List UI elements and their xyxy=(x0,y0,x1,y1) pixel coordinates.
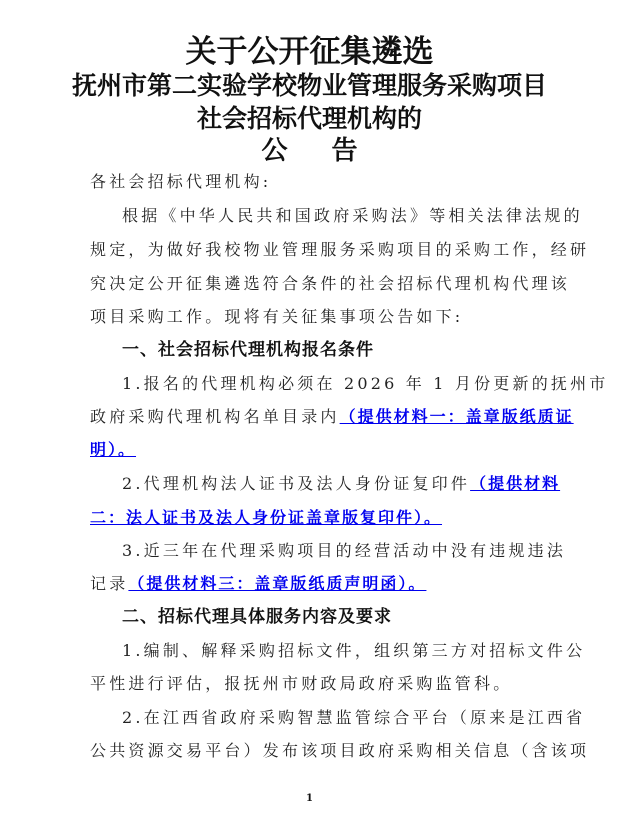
s1-item1-line1: 1.报名的代理机构必须在 2026 年 1 月份更新的抚州市 xyxy=(122,374,533,394)
s1-item2-line2: 二：法人证书及法人身份证盖章版复印件）。 xyxy=(90,508,533,528)
title-notice-char-2: 告 xyxy=(332,135,358,167)
material-2-link-cont[interactable]: 二：法人证书及法人身份证盖章版复印件）。 xyxy=(90,508,442,527)
intro-line-1: 根据《中华人民共和国政府采购法》等相关法律法规的 xyxy=(122,206,533,226)
title-line-2: 抚州市第二实验学校物业管理服务采购项目 xyxy=(0,70,619,102)
page-number: 1 xyxy=(0,793,619,804)
s2-item1-line2: 平性进行评估，报抚州市财政局政府采购监管科。 xyxy=(90,674,533,694)
s2-item2-line2: 公共资源交易平台）发布该项目政府采购相关信息（含该项 xyxy=(90,741,533,761)
s1-item2-line1-text: 2.代理机构法人证书及法人身份证复印件 xyxy=(122,474,470,493)
title-notice-char-1: 公 xyxy=(261,135,287,167)
s1-item3-line1: 3.近三年在代理采购项目的经营活动中没有违规违法 xyxy=(122,541,533,561)
section-2-heading: 二、招标代理具体服务内容及要求 xyxy=(122,607,533,627)
s1-item1-line3: 明）。 xyxy=(90,440,533,460)
salutation: 各社会招标代理机构: xyxy=(90,172,533,192)
section-1-heading: 一、社会招标代理机构报名条件 xyxy=(122,340,533,360)
intro-line-2: 规定，为做好我校物业管理服务采购项目的采购工作，经研 xyxy=(90,240,533,260)
title-notice: 公告 xyxy=(0,135,619,167)
intro-line-4: 项目采购工作。现将有关征集事项公告如下: xyxy=(90,307,533,327)
document-page: 关于公开征集遴选 抚州市第二实验学校物业管理服务采购项目 社会招标代理机构的 公… xyxy=(0,0,619,827)
title-line-1: 关于公开征集遴选 xyxy=(0,34,619,70)
s1-item3-line2: 记录（提供材料三：盖章版纸质声明函）。 xyxy=(90,574,533,594)
material-1-link-cont[interactable]: 明）。 xyxy=(90,440,136,459)
s1-item1-line2-text: 政府采购代理机构名单目录内 xyxy=(90,407,340,426)
s1-item2-line1: 2.代理机构法人证书及法人身份证复印件（提供材料 xyxy=(122,474,533,494)
title-line-3: 社会招标代理机构的 xyxy=(0,103,619,135)
s1-item3-line2-text: 记录 xyxy=(90,574,128,593)
s1-item1-line2: 政府采购代理机构名单目录内（提供材料一：盖章版纸质证 xyxy=(90,407,533,427)
intro-line-3: 究决定公开征集遴选符合条件的社会招标代理机构代理该 xyxy=(90,274,533,294)
s2-item1-line1: 1.编制、解释采购招标文件，组织第三方对招标文件公 xyxy=(122,641,533,661)
material-1-link[interactable]: （提供材料一：盖章版纸质证 xyxy=(340,407,574,426)
s2-item2-line1: 2.在江西省政府采购智慧监管综合平台（原来是江西省 xyxy=(122,708,533,728)
material-3-link[interactable]: （提供材料三：盖章版纸质声明函）。 xyxy=(128,574,426,593)
material-2-link[interactable]: （提供材料 xyxy=(470,474,560,493)
